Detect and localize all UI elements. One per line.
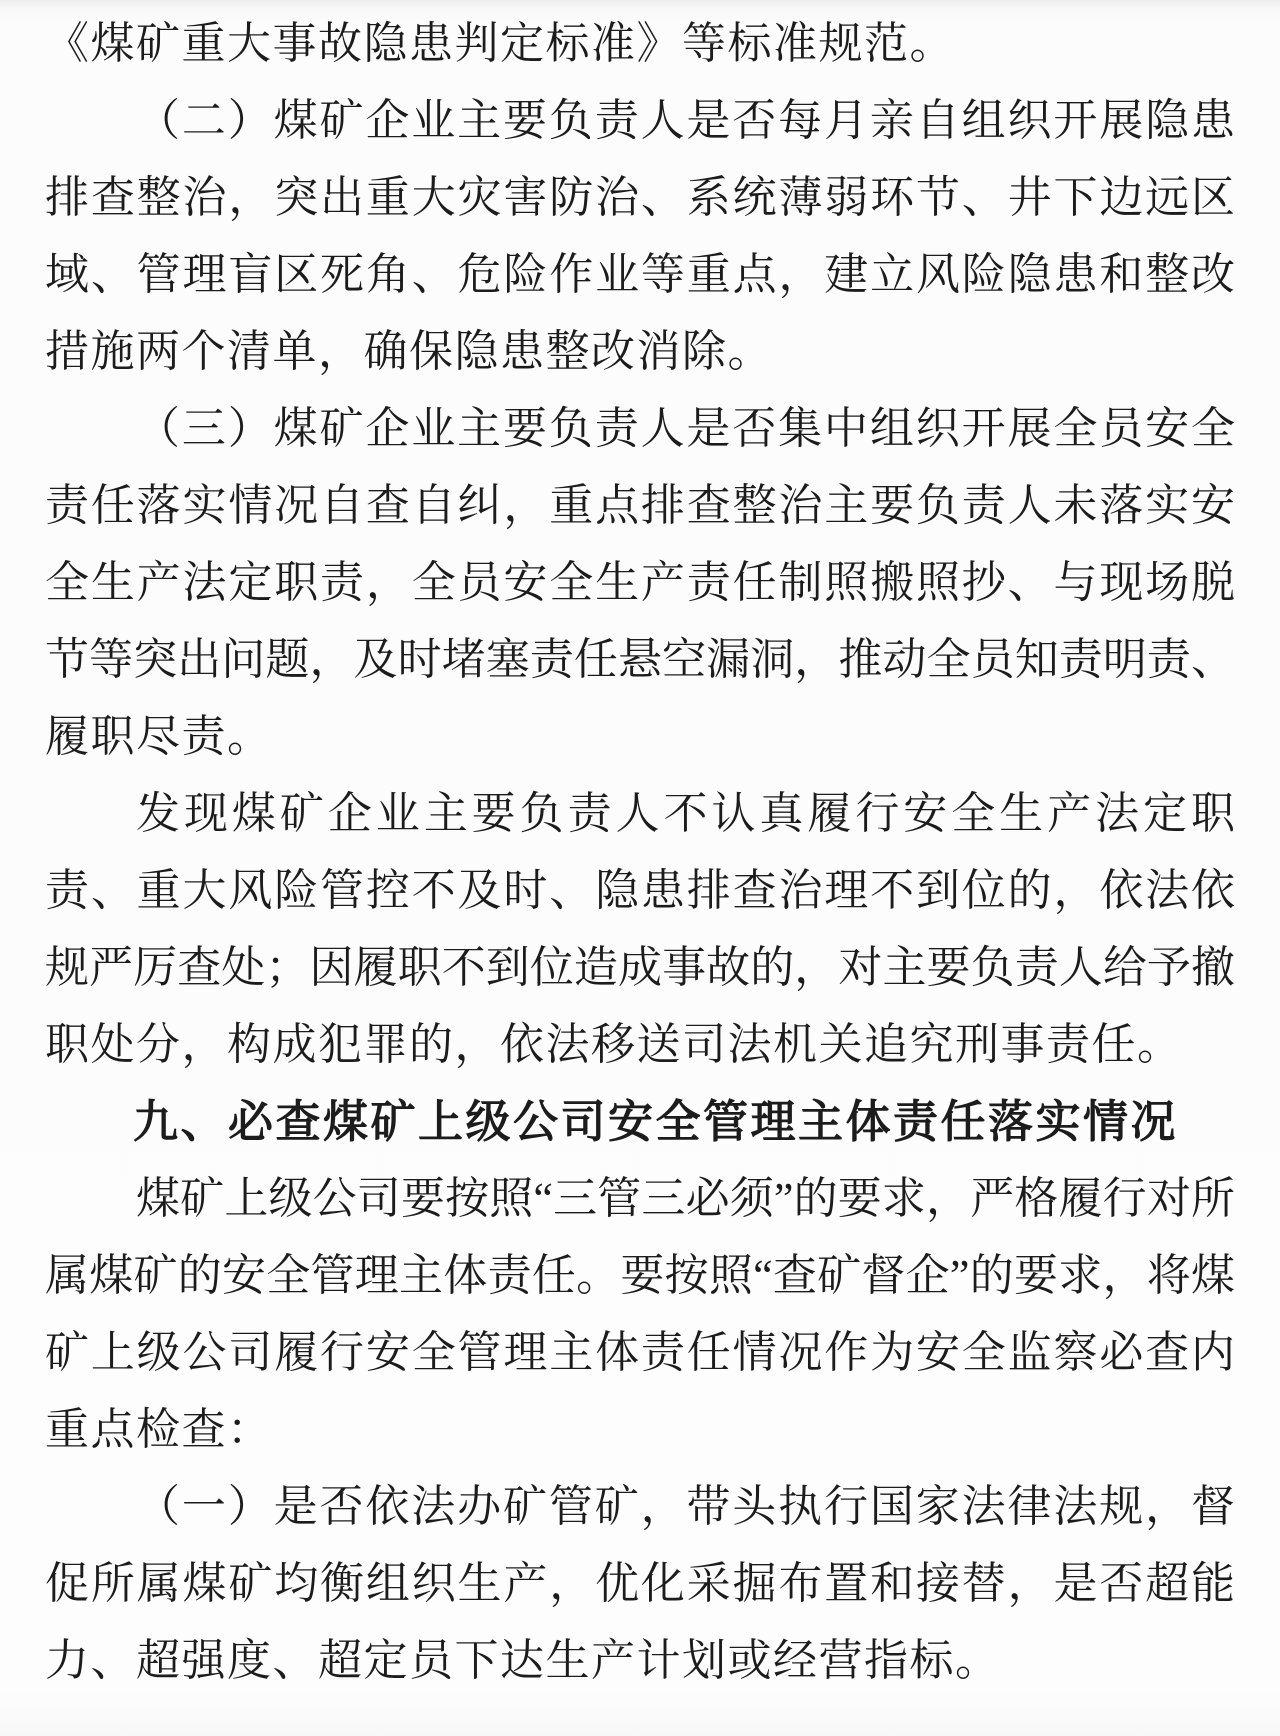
body-line: （三）煤矿企业主要负责人是否集中组织开展全员安全 bbox=[45, 390, 1235, 467]
body-line: 《煤矿重大事故隐患判定标准》等标准规范。 bbox=[45, 5, 1235, 82]
body-line: 全生产法定职责，全员安全生产责任制照搬照抄、与现场脱 bbox=[45, 544, 1235, 621]
body-line: 促所属煤矿均衡组织生产，优化采掘布置和接替，是否超能 bbox=[45, 1545, 1235, 1622]
body-line: （二）煤矿企业主要负责人是否每月亲自组织开展隐患 bbox=[45, 82, 1235, 159]
body-line: 规严厉查处；因履职不到位造成事故的，对主要负责人给予撤 bbox=[45, 929, 1235, 1006]
body-line: 域、管理盲区死角、危险作业等重点，建立风险隐患和整改 bbox=[45, 236, 1235, 313]
body-line: 履职尽责。 bbox=[45, 698, 1235, 775]
body-line: 重点检查： bbox=[45, 1391, 1235, 1468]
body-line: 力、超强度、超定员下达生产计划或经营指标。 bbox=[45, 1622, 1235, 1699]
body-line: 煤矿上级公司要按照“三管三必须”的要求，严格履行对所 bbox=[45, 1160, 1235, 1237]
paragraph-item-1: （一）是否依法办矿管矿，带头执行国家法律法规，督 促所属煤矿均衡组织生产，优化采… bbox=[45, 1468, 1235, 1699]
section-9: 九、必查煤矿上级公司安全管理主体责任落实情况 bbox=[45, 1083, 1235, 1160]
body-line: 节等突出问题，及时堵塞责任悬空漏洞，推动全员知责明责、 bbox=[45, 621, 1235, 698]
body-line: 矿上级公司履行安全管理主体责任情况作为安全监察必查内容。 bbox=[45, 1314, 1235, 1391]
paragraph-standards: 《煤矿重大事故隐患判定标准》等标准规范。 bbox=[45, 5, 1235, 82]
body-line: 职处分，构成犯罪的，依法移送司法机关追究刑事责任。 bbox=[45, 1006, 1235, 1083]
body-line: （一）是否依法办矿管矿，带头执行国家法律法规，督 bbox=[45, 1468, 1235, 1545]
body-line: 排查整治，突出重大灾害防治、系统薄弱环节、井下边远区 bbox=[45, 159, 1235, 236]
body-line: 发现煤矿企业主要负责人不认真履行安全生产法定职 bbox=[45, 775, 1235, 852]
paragraph-item-2: （二）煤矿企业主要负责人是否每月亲自组织开展隐患 排查整治，突出重大灾害防治、系… bbox=[45, 82, 1235, 390]
body-line: 措施两个清单，确保隐患整改消除。 bbox=[45, 313, 1235, 390]
body-line: 责、重大风险管控不及时、隐患排查治理不到位的，依法依 bbox=[45, 852, 1235, 929]
body-line: 属煤矿的安全管理主体责任。要按照“查矿督企”的要求，将煤 bbox=[45, 1237, 1235, 1314]
body-line: 责任落实情况自查自纠，重点排查整治主要负责人未落实安 bbox=[45, 467, 1235, 544]
paragraph-parent-company: 煤矿上级公司要按照“三管三必须”的要求，严格履行对所 属煤矿的安全管理主体责任。… bbox=[45, 1160, 1235, 1468]
paragraph-penalties: 发现煤矿企业主要负责人不认真履行安全生产法定职 责、重大风险管控不及时、隐患排查… bbox=[45, 775, 1235, 1083]
paragraph-item-3: （三）煤矿企业主要负责人是否集中组织开展全员安全 责任落实情况自查自纠，重点排查… bbox=[45, 390, 1235, 775]
section-9-heading: 九、必查煤矿上级公司安全管理主体责任落实情况 bbox=[45, 1083, 1235, 1160]
document-page: 《煤矿重大事故隐患判定标准》等标准规范。 （二）煤矿企业主要负责人是否每月亲自组… bbox=[0, 0, 1280, 1736]
